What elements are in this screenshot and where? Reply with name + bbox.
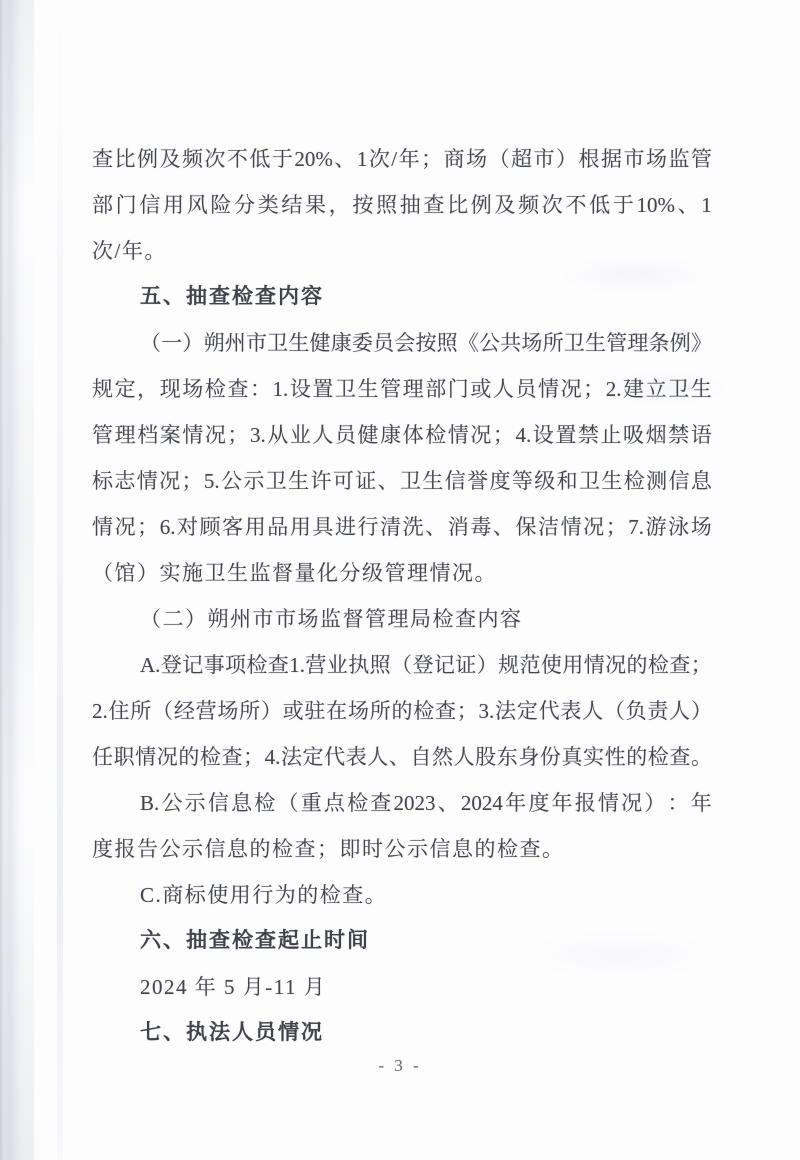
document-body: 查比例及频次不低于20%、1次/年；商场（超市）根据市场监管部门信用风险分类结果…: [92, 136, 712, 1056]
text-line: 度报告公示信息的检查；即时公示信息的检查。: [92, 826, 712, 872]
text-line: 标志情况；5.公示卫生许可证、卫生信誉度等级和卫生检测信息: [92, 458, 712, 504]
text-line: 规定，现场检查：1.设置卫生管理部门或人员情况；2.建立卫生: [92, 366, 712, 412]
text-line: 次/年。: [92, 228, 712, 274]
scan-line-artifact: [57, 0, 63, 1160]
text-line: 管理档案情况；3.从业人员健康体检情况；4.设置禁止吸烟禁语: [92, 412, 712, 458]
text-line: 任职情况的检查；4.法定代表人、自然人股东身份真实性的检查。: [92, 734, 712, 780]
text-line: A.登记事项检查1.营业执照（登记证）规范使用情况的检查；: [92, 642, 712, 688]
section-heading: 六、抽查检查起止时间: [92, 918, 712, 964]
text-line: 情况；6.对顾客用品用具进行清洗、消毒、保洁情况；7.游泳场: [92, 504, 712, 550]
text-line: 查比例及频次不低于20%、1次/年；商场（超市）根据市场监管: [92, 136, 712, 182]
text-line: （二）朔州市市场监督管理局检查内容: [92, 596, 712, 642]
text-line: （馆）实施卫生监督量化分级管理情况。: [92, 550, 712, 596]
section-heading: 五、抽查检查内容: [92, 274, 712, 320]
text-line: 2024 年 5 月-11 月: [92, 964, 712, 1010]
document-page: 查比例及频次不低于20%、1次/年；商场（超市）根据市场监管部门信用风险分类结果…: [0, 0, 800, 1160]
text-line: C.商标使用行为的检查。: [92, 872, 712, 918]
text-line: （一）朔州市卫生健康委员会按照《公共场所卫生管理条例》: [92, 320, 712, 366]
scan-edge-shade-artifact: [0, 0, 34, 1160]
text-line: 2.住所（经营场所）或驻在场所的检查；3.法定代表人（负责人）: [92, 688, 712, 734]
section-heading: 七、执法人员情况: [92, 1010, 712, 1056]
text-line: B.公示信息检（重点检查2023、2024年度年报情况）：年: [92, 780, 712, 826]
text-line: 部门信用风险分类结果，按照抽查比例及频次不低于10%、1: [92, 182, 712, 228]
page-number: - 3 -: [0, 1056, 800, 1076]
